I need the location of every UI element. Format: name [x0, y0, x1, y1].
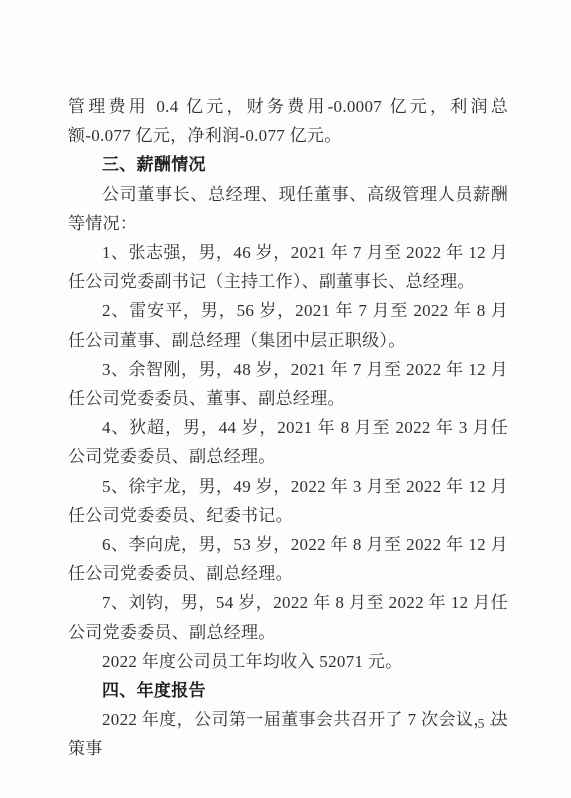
paragraph-annual-report-intro: 2022 年度，公司第一届董事会共召开了 7 次会议，决策事: [68, 705, 508, 763]
paragraph-executive-5: 5、徐宇龙，男，49 岁，2022 年 3 月至 2022 年 12 月任公司党…: [68, 472, 508, 530]
section-heading-salary: 三、薪酬情况: [68, 150, 508, 179]
paragraph-executive-6: 6、李向虎，男，53 岁，2022 年 8 月至 2022 年 12 月任公司党…: [68, 530, 508, 588]
paragraph-executive-4: 4、狄超，男，44 岁，2021 年 8 月至 2022 年 3 月任公司党委委…: [68, 413, 508, 471]
paragraph-finance-continuation: 管理费用 0.4 亿元，财务费用-0.0007 亿元，利润总额-0.077 亿元…: [68, 92, 508, 150]
section-heading-annual-report: 四、年度报告: [68, 676, 508, 705]
paragraph-executive-2: 2、雷安平，男，56 岁，2021 年 7 月至 2022 年 8 月任公司董事…: [68, 296, 508, 354]
document-body: 管理费用 0.4 亿元，财务费用-0.0007 亿元，利润总额-0.077 亿元…: [68, 92, 508, 764]
document-page: 管理费用 0.4 亿元，财务费用-0.0007 亿元，利润总额-0.077 亿元…: [0, 0, 571, 798]
paragraph-salary-intro: 公司董事长、总经理、现任董事、高级管理人员薪酬等情况：: [68, 180, 508, 238]
page-number: — 5 —: [458, 716, 505, 734]
paragraph-executive-1: 1、张志强，男，46 岁，2021 年 7 月至 2022 年 12 月任公司党…: [68, 238, 508, 296]
paragraph-executive-7: 7、刘钧，男，54 岁，2022 年 8 月至 2022 年 12 月任公司党委…: [68, 588, 508, 646]
paragraph-executive-3: 3、余智刚，男，48 岁，2021 年 7 月至 2022 年 12 月任公司党…: [68, 355, 508, 413]
paragraph-average-income: 2022 年度公司员工年均收入 52071 元。: [68, 647, 508, 676]
